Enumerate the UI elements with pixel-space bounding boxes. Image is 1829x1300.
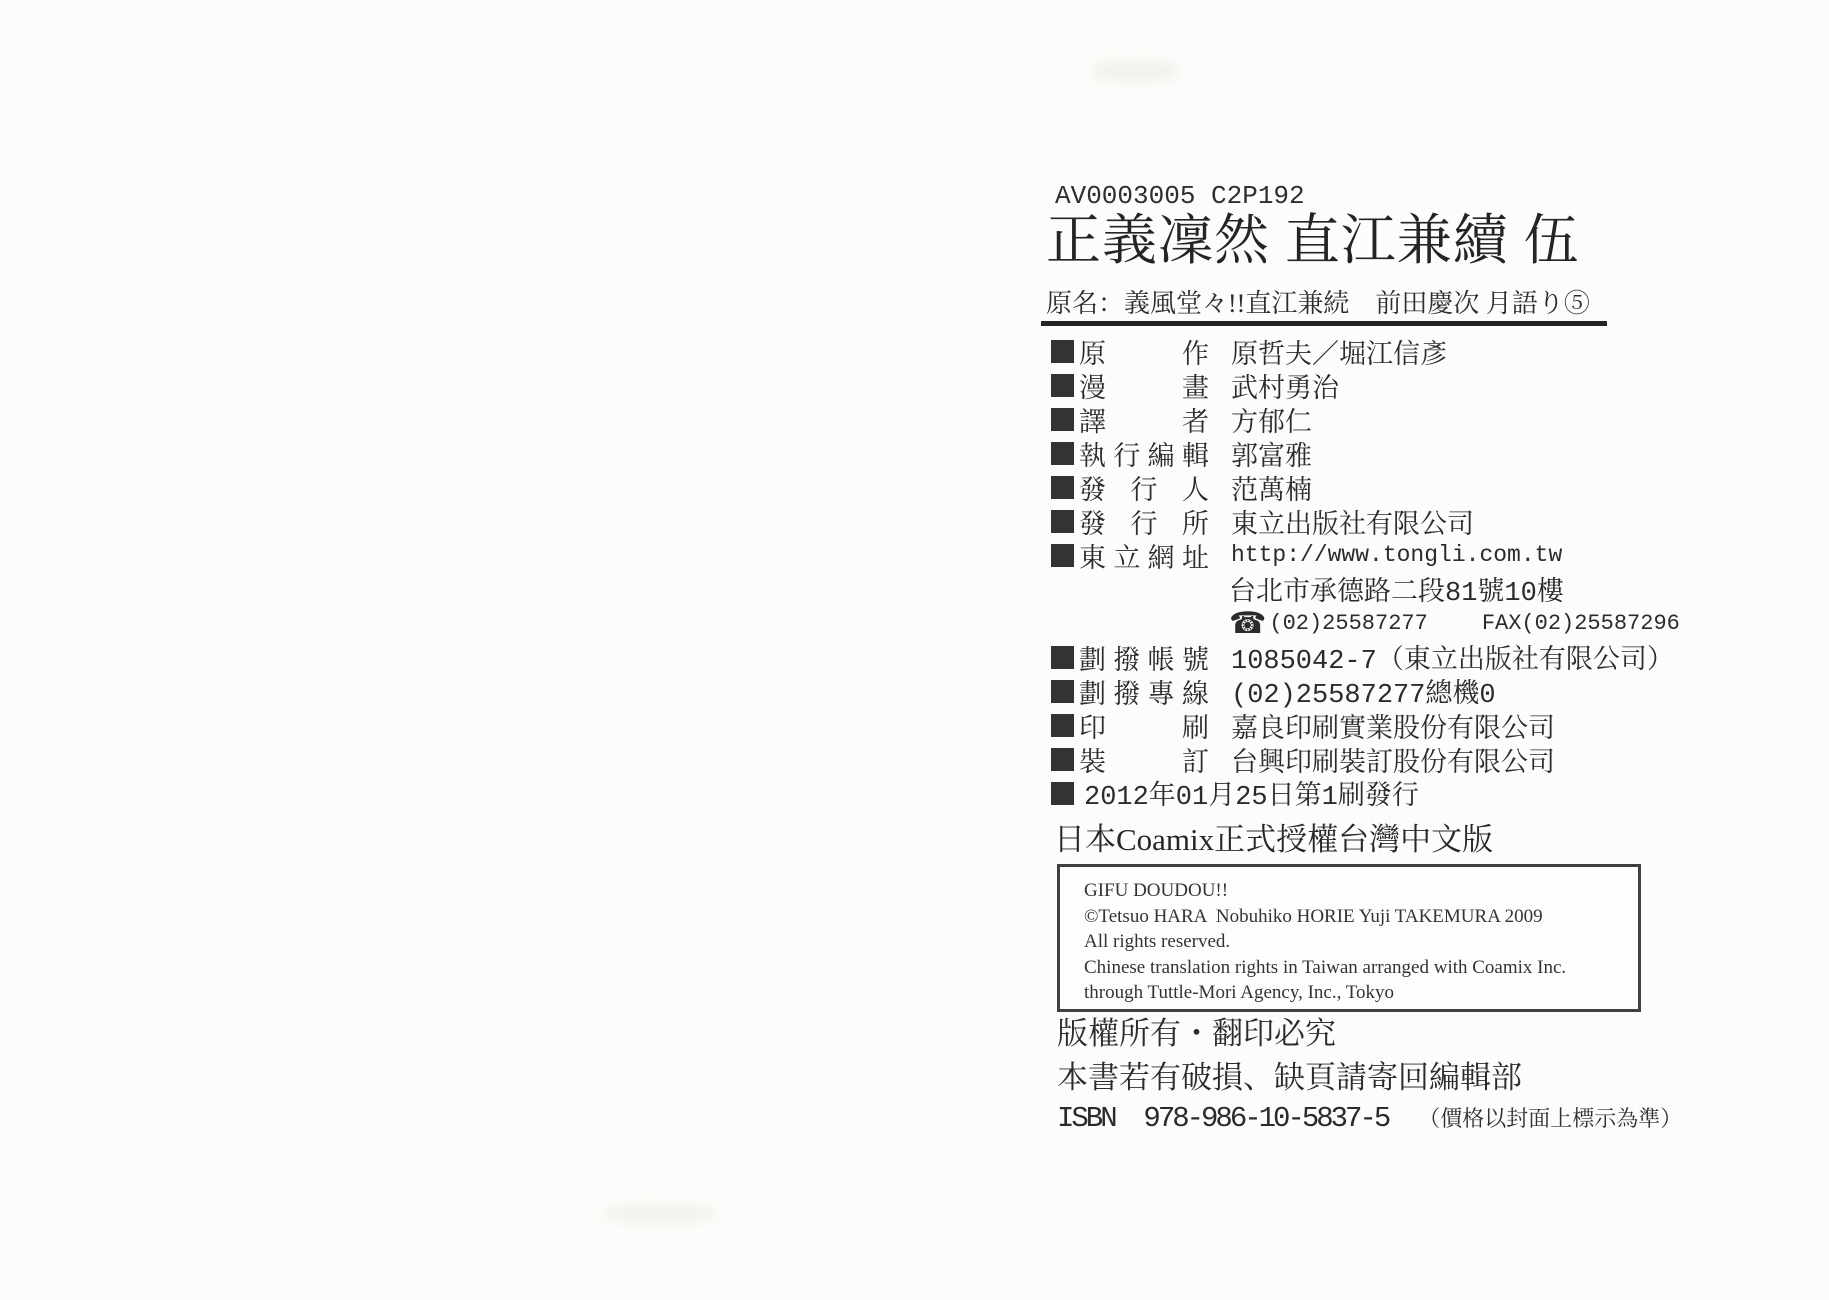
credit-row-original-author: 原作 原哲夫／堀江信彥 — [1051, 334, 1680, 368]
credit-row-translator: 譯者 方郁仁 — [1051, 402, 1680, 436]
price-note: （價格以封面上標示為準） — [1418, 1102, 1682, 1133]
credits-list: 原作 原哲夫／堀江信彥 漫畫 武村勇治 譯者 方郁仁 執行編輯 郭富雅 發行人 … — [1051, 334, 1680, 810]
square-bullet-icon — [1051, 544, 1074, 567]
book-title: 正義凜然 直江兼續 伍 — [1046, 204, 1580, 278]
copyright-line: ©Tetsuo HARA Nobuhiko HORIE Yuji TAKEMUR… — [1084, 904, 1630, 930]
scan-artifact — [600, 1205, 720, 1223]
square-bullet-icon — [1051, 782, 1074, 805]
isbn-line: ISBN 978-986-10-5837-5 （價格以封面上標示為準） — [1057, 1102, 1682, 1135]
copyright-line: GIFU DOUDOU!! — [1084, 878, 1630, 904]
colophon-page: AV0003005 C2P192 正義凜然 直江兼續 伍 原名：義風堂々!!直江… — [0, 0, 1829, 1300]
phone-line: ☎ (02)25587277 FAX(02)25587296 — [1229, 606, 1680, 641]
credit-row-publisher-person: 發行人 范萬楠 — [1051, 470, 1680, 504]
square-bullet-icon — [1051, 714, 1074, 737]
square-bullet-icon — [1051, 374, 1074, 397]
copyright-line: Chinese translation rights in Taiwan arr… — [1084, 955, 1630, 981]
credit-row-address: 台北市承德路二段81號10樓 — [1051, 572, 1680, 606]
credit-label: 東立網址 — [1079, 536, 1209, 575]
square-bullet-icon — [1051, 510, 1074, 533]
credit-row-postal-account: 劃撥帳號 1085042-7（東立出版社有限公司） — [1051, 640, 1680, 674]
credit-row-printer: 印刷 嘉良印刷實業股份有限公司 — [1051, 708, 1680, 742]
website-url: http://www.tongli.com.tw — [1231, 542, 1562, 568]
print-date: 2012年01月25日第1刷發行 — [1084, 773, 1419, 813]
divider-rule — [1041, 321, 1607, 326]
rights-notice: 版權所有・翻印必究 — [1057, 1014, 1336, 1054]
original-title: 原名：義風堂々!!直江兼続 前田慶次 月語り⑤ — [1046, 286, 1590, 322]
license-statement: 日本Coamix正式授權台灣中文版 — [1054, 820, 1493, 860]
fax-number: FAX(02)25587296 — [1482, 611, 1680, 636]
credit-row-publishing-house: 發行所 東立出版社有限公司 — [1051, 504, 1680, 538]
isbn-number: ISBN 978-986-10-5837-5 — [1057, 1102, 1388, 1135]
copyright-line: All rights reserved. — [1084, 929, 1630, 955]
publisher-address: 台北市承德路二段81號10樓 — [1229, 569, 1564, 609]
square-bullet-icon — [1051, 680, 1074, 703]
credit-row-website: 東立網址 http://www.tongli.com.tw — [1051, 538, 1680, 572]
square-bullet-icon — [1051, 476, 1074, 499]
square-bullet-icon — [1051, 340, 1074, 363]
scan-artifact — [1090, 60, 1180, 82]
phone-number: (02)25587277 — [1269, 611, 1427, 636]
credit-row-binder: 裝訂 台興印刷裝訂股份有限公司 — [1051, 742, 1680, 776]
credit-row-print-date: 2012年01月25日第1刷發行 — [1051, 776, 1680, 810]
square-bullet-icon — [1051, 442, 1074, 465]
telephone-icon: ☎ — [1229, 606, 1266, 641]
credit-row-executive-editor: 執行編輯 郭富雅 — [1051, 436, 1680, 470]
credit-row-postal-hotline: 劃撥專線 (02)25587277總機0 — [1051, 674, 1680, 708]
square-bullet-icon — [1051, 748, 1074, 771]
credit-value: 東立出版社有限公司 — [1231, 502, 1474, 541]
credit-row-artist: 漫畫 武村勇治 — [1051, 368, 1680, 402]
square-bullet-icon — [1051, 646, 1074, 669]
copyright-box: GIFU DOUDOU!! ©Tetsuo HARA Nobuhiko HORI… — [1057, 864, 1641, 1012]
square-bullet-icon — [1051, 408, 1074, 431]
credit-row-phone: ☎ (02)25587277 FAX(02)25587296 — [1051, 606, 1680, 640]
copyright-line: through Tuttle-Mori Agency, Inc., Tokyo — [1084, 980, 1630, 1006]
damage-return-notice: 本書若有破損、缺頁請寄回編輯部 — [1057, 1058, 1522, 1098]
